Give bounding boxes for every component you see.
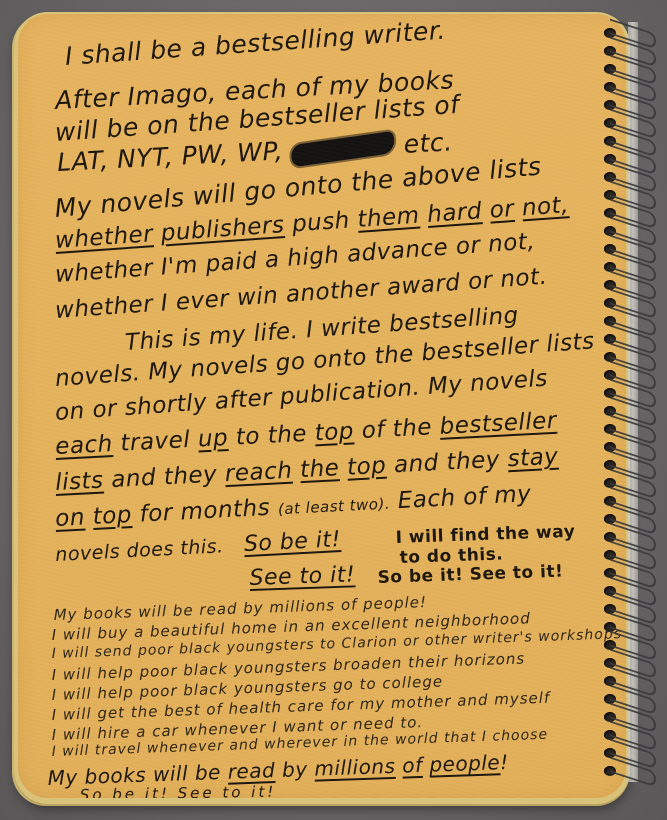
- underlined-top-3: top: [92, 502, 133, 530]
- underlined-each: each: [55, 431, 114, 460]
- underlined-stay: stay: [507, 444, 559, 473]
- word-each-of-my: Each of my: [397, 481, 532, 514]
- underlined-top-2: top: [346, 453, 387, 481]
- underlined-or: or: [489, 196, 515, 224]
- underlined-top: top: [314, 418, 355, 446]
- underlined-publishers: publishers: [160, 212, 285, 247]
- word-of-the: of the: [361, 414, 432, 444]
- word-travel: travel: [120, 427, 191, 457]
- word-novels-does-this: novels does this.: [55, 535, 224, 566]
- word-for-months: for months: [139, 495, 271, 528]
- note-at-least-two: (at least two).: [278, 494, 391, 518]
- exclamation: !: [500, 750, 509, 774]
- line-title: I shall be a bestselling writer.: [64, 15, 447, 71]
- underlined-the: the: [299, 455, 340, 483]
- spiral-binding: [604, 20, 664, 800]
- underlined-up: up: [197, 425, 229, 453]
- etc-text: etc.: [403, 127, 453, 159]
- underlined-them: them: [357, 203, 421, 233]
- closing-line-2: So be it! See to it!: [80, 783, 277, 798]
- underlined-millions: millions: [314, 754, 396, 781]
- redacted-scribble: [290, 131, 396, 167]
- underlined-reach: reach: [224, 458, 293, 487]
- word-and-they: and they: [111, 462, 218, 494]
- notebook-page: I shall be a bestselling writer. After I…: [18, 14, 626, 798]
- line-16: See to it!: [249, 562, 355, 591]
- underlined-lists: lists: [55, 468, 105, 496]
- word-to-the: to the: [235, 421, 307, 451]
- underlined-of: of: [402, 753, 423, 778]
- underlined-so-be-it: So be it!: [243, 527, 341, 557]
- underlined-bestseller: bestseller: [439, 408, 557, 440]
- spiral-coil: [604, 764, 656, 778]
- underlined-on: on: [55, 504, 86, 532]
- closing-by: by: [282, 757, 308, 782]
- underlined-read: read: [227, 758, 275, 784]
- underlined-not: not,: [521, 192, 570, 221]
- line-15: novels does this. So be it!: [55, 527, 342, 567]
- word-and-they-2: and they: [393, 447, 500, 479]
- underlined-hard: hard: [426, 198, 482, 228]
- underlined-people: people: [429, 750, 501, 776]
- underlined-whether: whether: [54, 221, 154, 254]
- word-push: push: [291, 207, 350, 237]
